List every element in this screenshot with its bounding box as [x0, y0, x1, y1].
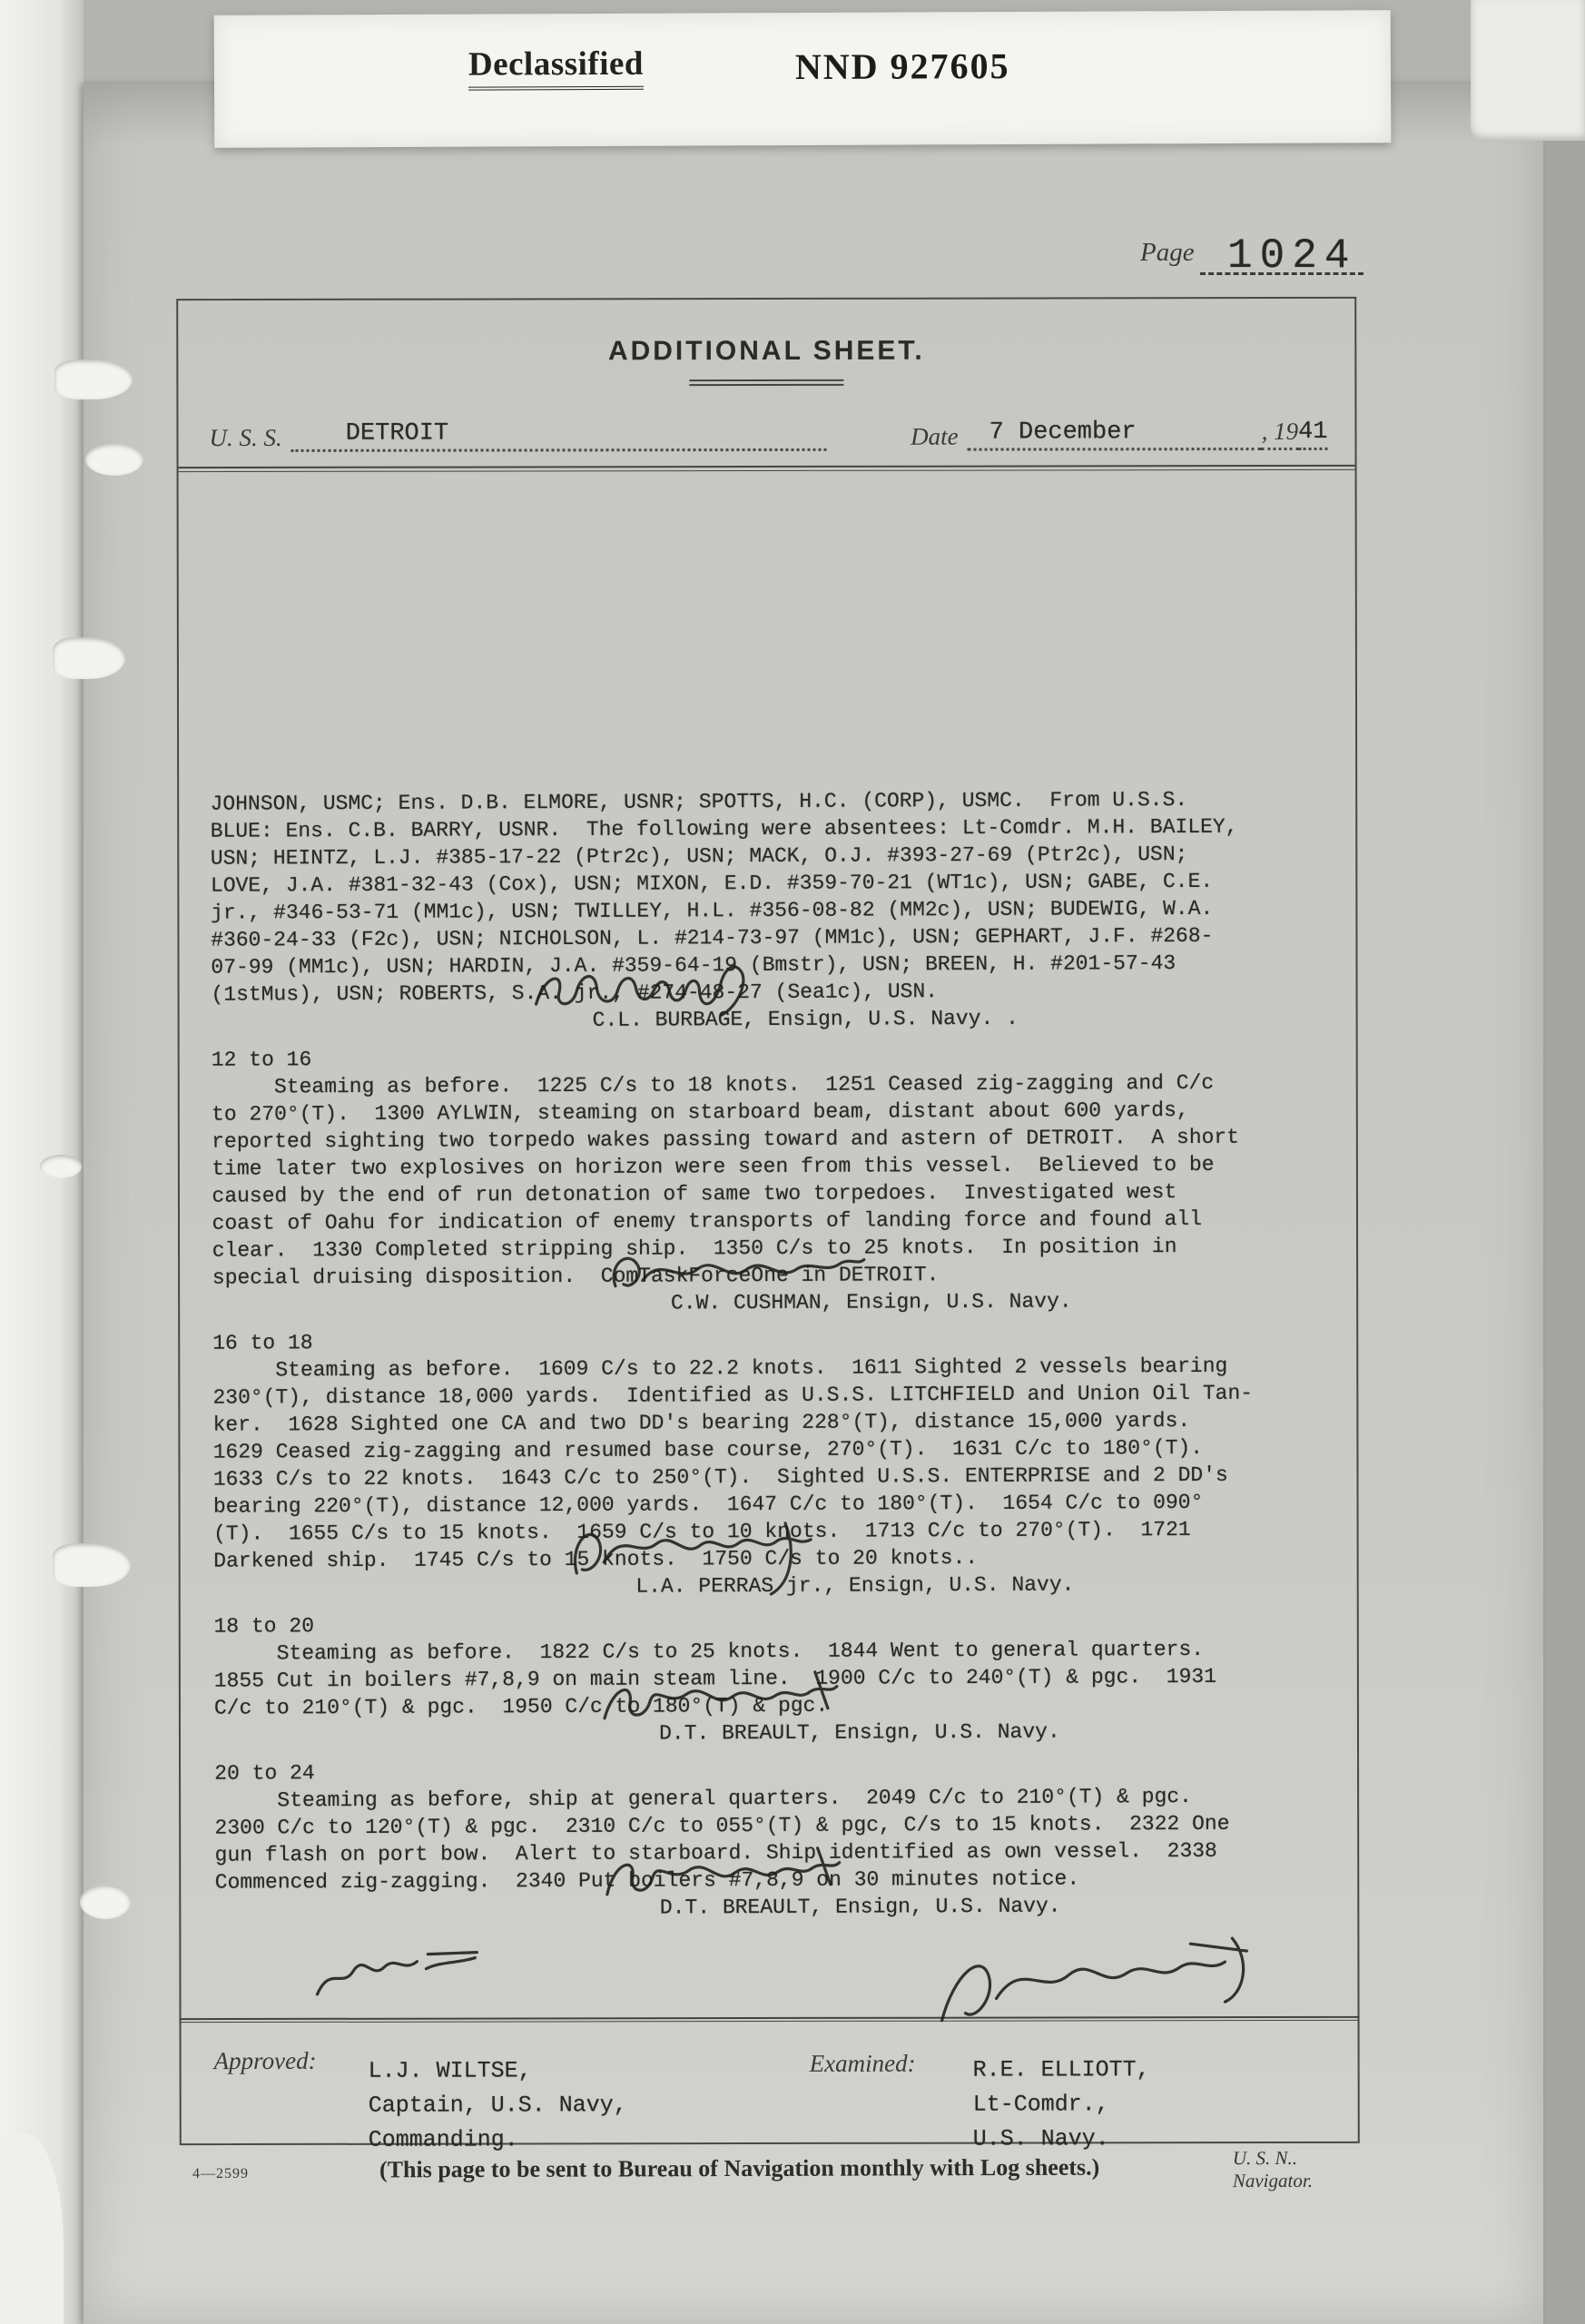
signature-scrawl-breault-2	[596, 1841, 860, 1915]
page-number: 1024	[1227, 232, 1356, 280]
log-entry-20-24: 20 to 24 Steaming as before, ship at gen…	[214, 1755, 1332, 1926]
page-number-line: Page 1024	[1140, 238, 1376, 268]
approved-label: Approved:	[214, 2047, 317, 2075]
examined-officer-block: R.E. ELLIOTT, Lt-Comdr., U.S. Navy.	[973, 2053, 1150, 2156]
approved-officer-block: L.J. WILTSE, Captain, U.S. Navy, Command…	[369, 2053, 627, 2157]
year-printed: , 19	[1262, 418, 1299, 450]
signature-scrawl-breault	[596, 1667, 859, 1740]
ship-label: U. S. S.	[209, 424, 281, 452]
declassified-label: Declassified	[468, 44, 644, 91]
log-entry-16-18: 16 to 18 Steaming as before. 1609 C/s to…	[212, 1324, 1330, 1605]
scan-background-edge	[1541, 0, 1585, 2324]
log-entry-18-20: 18 to 20 Steaming as before. 1822 C/s to…	[213, 1608, 1331, 1752]
signature-block: D.T. BREAULT, Ensign, U.S. Navy.	[214, 1717, 1331, 1752]
signature-scrawl-perras	[567, 1516, 849, 1600]
navigator-note: U. S. N.. Navigator.	[1233, 2147, 1358, 2192]
date-label: Date	[911, 423, 959, 451]
paper-corner-fragment	[1471, 0, 1585, 141]
log-form-border: ADDITIONAL SHEET. U. S. S. DETROIT Date …	[176, 297, 1360, 2145]
binder-hole	[85, 443, 143, 476]
examined-label: Examined:	[810, 2050, 916, 2078]
log-entry-12-16: 12 to 16 Steaming as before. 1225 C/s to…	[212, 1041, 1329, 1322]
signature-scrawl-elliott	[930, 1933, 1275, 2052]
header-rule	[179, 465, 1355, 472]
binder-hole	[53, 1543, 131, 1587]
signature-block: L.A. PERRAS jr., Ensign, U.S. Navy.	[213, 1570, 1330, 1605]
log-entry-continuation: JOHNSON, USMC; Ens. D.B. ELMORE, USNR; S…	[211, 785, 1328, 1039]
signature-scrawl-cushman	[603, 1237, 875, 1307]
distribution-note: (This page to be sent to Bureau of Navig…	[379, 2154, 1099, 2184]
title-rule	[689, 379, 843, 386]
form-number: 4—2599	[192, 2166, 249, 2182]
signature-scrawl-burbage	[528, 953, 792, 1027]
declassified-banner: Declassified NND 927605	[214, 10, 1392, 148]
signature-block: C.L. BURBAGE, Ensign, U.S. Navy. .	[212, 1003, 1328, 1039]
binder-hole	[53, 637, 125, 679]
signature-block: D.T. BREAULT, Ensign, U.S. Navy.	[215, 1891, 1332, 1926]
signature-block: C.W. CUSHMAN, Ensign, U.S. Navy.	[212, 1286, 1329, 1322]
nnd-number: NND 927605	[795, 44, 1010, 88]
year-typed: 41	[1298, 419, 1327, 450]
ship-date-row: U. S. S. DETROIT Date 7 December , 19 41	[209, 418, 1327, 452]
binder-hole	[54, 359, 133, 399]
form-title: ADDITIONAL SHEET.	[178, 335, 1354, 368]
page-label: Page	[1140, 238, 1195, 268]
signature-scrawl-wiltse	[308, 1930, 580, 2022]
scanned-log-page: { "banner": { "declassified": "Declassif…	[0, 0, 1585, 2324]
ship-name-field: DETROIT	[291, 419, 827, 452]
date-field: 7 December	[968, 419, 1262, 451]
binder-hole	[80, 1885, 131, 1919]
log-entries: JOHNSON, USMC; Ens. D.B. ELMORE, USNR; S…	[211, 785, 1332, 1926]
binder-hole	[40, 1155, 82, 1178]
